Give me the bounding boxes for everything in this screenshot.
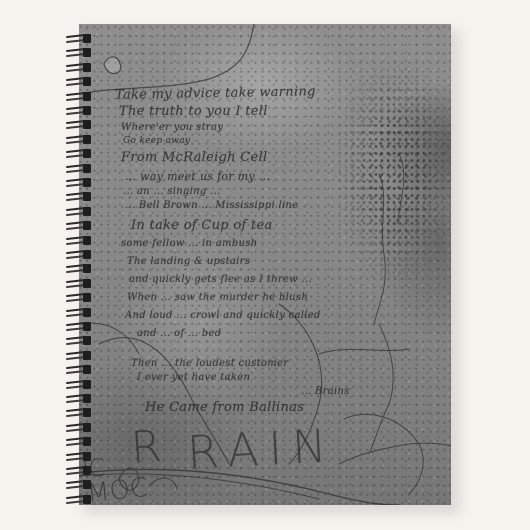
poem-line: Then ... the loudest customer (131, 358, 288, 369)
poem-line: And loud ... crowl and quickly called (125, 310, 321, 321)
spiral-coil (64, 221, 92, 230)
spiral-coil (64, 92, 92, 101)
spiral-coil (64, 437, 92, 446)
poem-line: The landing & upstairs (127, 256, 250, 267)
poem-line: Where'er you stray (121, 122, 223, 133)
spiral-coil (64, 466, 92, 475)
spiral-coil (64, 149, 92, 158)
spiral-coil (64, 106, 92, 115)
spiral-coil (64, 236, 92, 245)
poem-line: Go keep away (123, 136, 190, 146)
handwritten-poem: Take my advice take warning The truth to… (79, 24, 451, 505)
notebook-cover: Take my advice take warning The truth to… (79, 24, 451, 505)
spiral-coil (64, 351, 92, 360)
scrawl-word: RAIN (186, 418, 338, 480)
spiral-coil (64, 336, 92, 345)
poem-line: ... an ... singing ... (123, 186, 221, 197)
poem-line: When ... saw the murder he blush (127, 292, 308, 303)
spiral-coil (64, 322, 92, 331)
spiral-coil (64, 264, 92, 273)
spiral-coil (64, 365, 92, 374)
spiral-coil (64, 293, 92, 302)
spiral-coil (64, 34, 92, 43)
poem-line: and ... of ... bed (137, 328, 221, 339)
poem-line: some fellow ... in ambush (121, 238, 257, 249)
spiral-coil (64, 192, 92, 201)
spiral-coil (64, 164, 92, 173)
spiral-coil (64, 408, 92, 417)
poem-line: ... Brains (301, 386, 350, 397)
spiral-coil (64, 178, 92, 187)
spiral-coil (64, 63, 92, 72)
scrawl-letter: R (129, 421, 163, 474)
poem-line: ... way meet us for my ... (125, 170, 270, 183)
poem-line: I ever yet have taken (137, 372, 250, 383)
spiral-coil (64, 207, 92, 216)
spiral-coil (64, 452, 92, 461)
spiral-coil (64, 279, 92, 288)
poem-line: The truth to you I tell (119, 104, 268, 119)
spiral-coil (64, 77, 92, 86)
poem-line: ... Bell Brown ... Mississippi line (125, 200, 298, 211)
spiral-coil (64, 308, 92, 317)
spiral-coil (64, 120, 92, 129)
spiral-coil (64, 250, 92, 259)
poem-line: From McRaleigh Cell (121, 150, 267, 165)
poem-line: He Came from Ballinas (145, 400, 304, 415)
spiral-coil (64, 423, 92, 432)
poem-line: Take my advice take warning (115, 84, 316, 103)
spiral-coil (64, 394, 92, 403)
spiral-coil (64, 380, 92, 389)
poem-line: In take of Cup of tea (131, 218, 273, 233)
spiral-binding (64, 30, 92, 510)
spiral-coil (64, 48, 92, 57)
poem-line: and quickly gets flee as I threw ... (129, 274, 312, 285)
spiral-coil (64, 480, 92, 489)
spiral-coil (64, 495, 92, 504)
spiral-coil (64, 135, 92, 144)
